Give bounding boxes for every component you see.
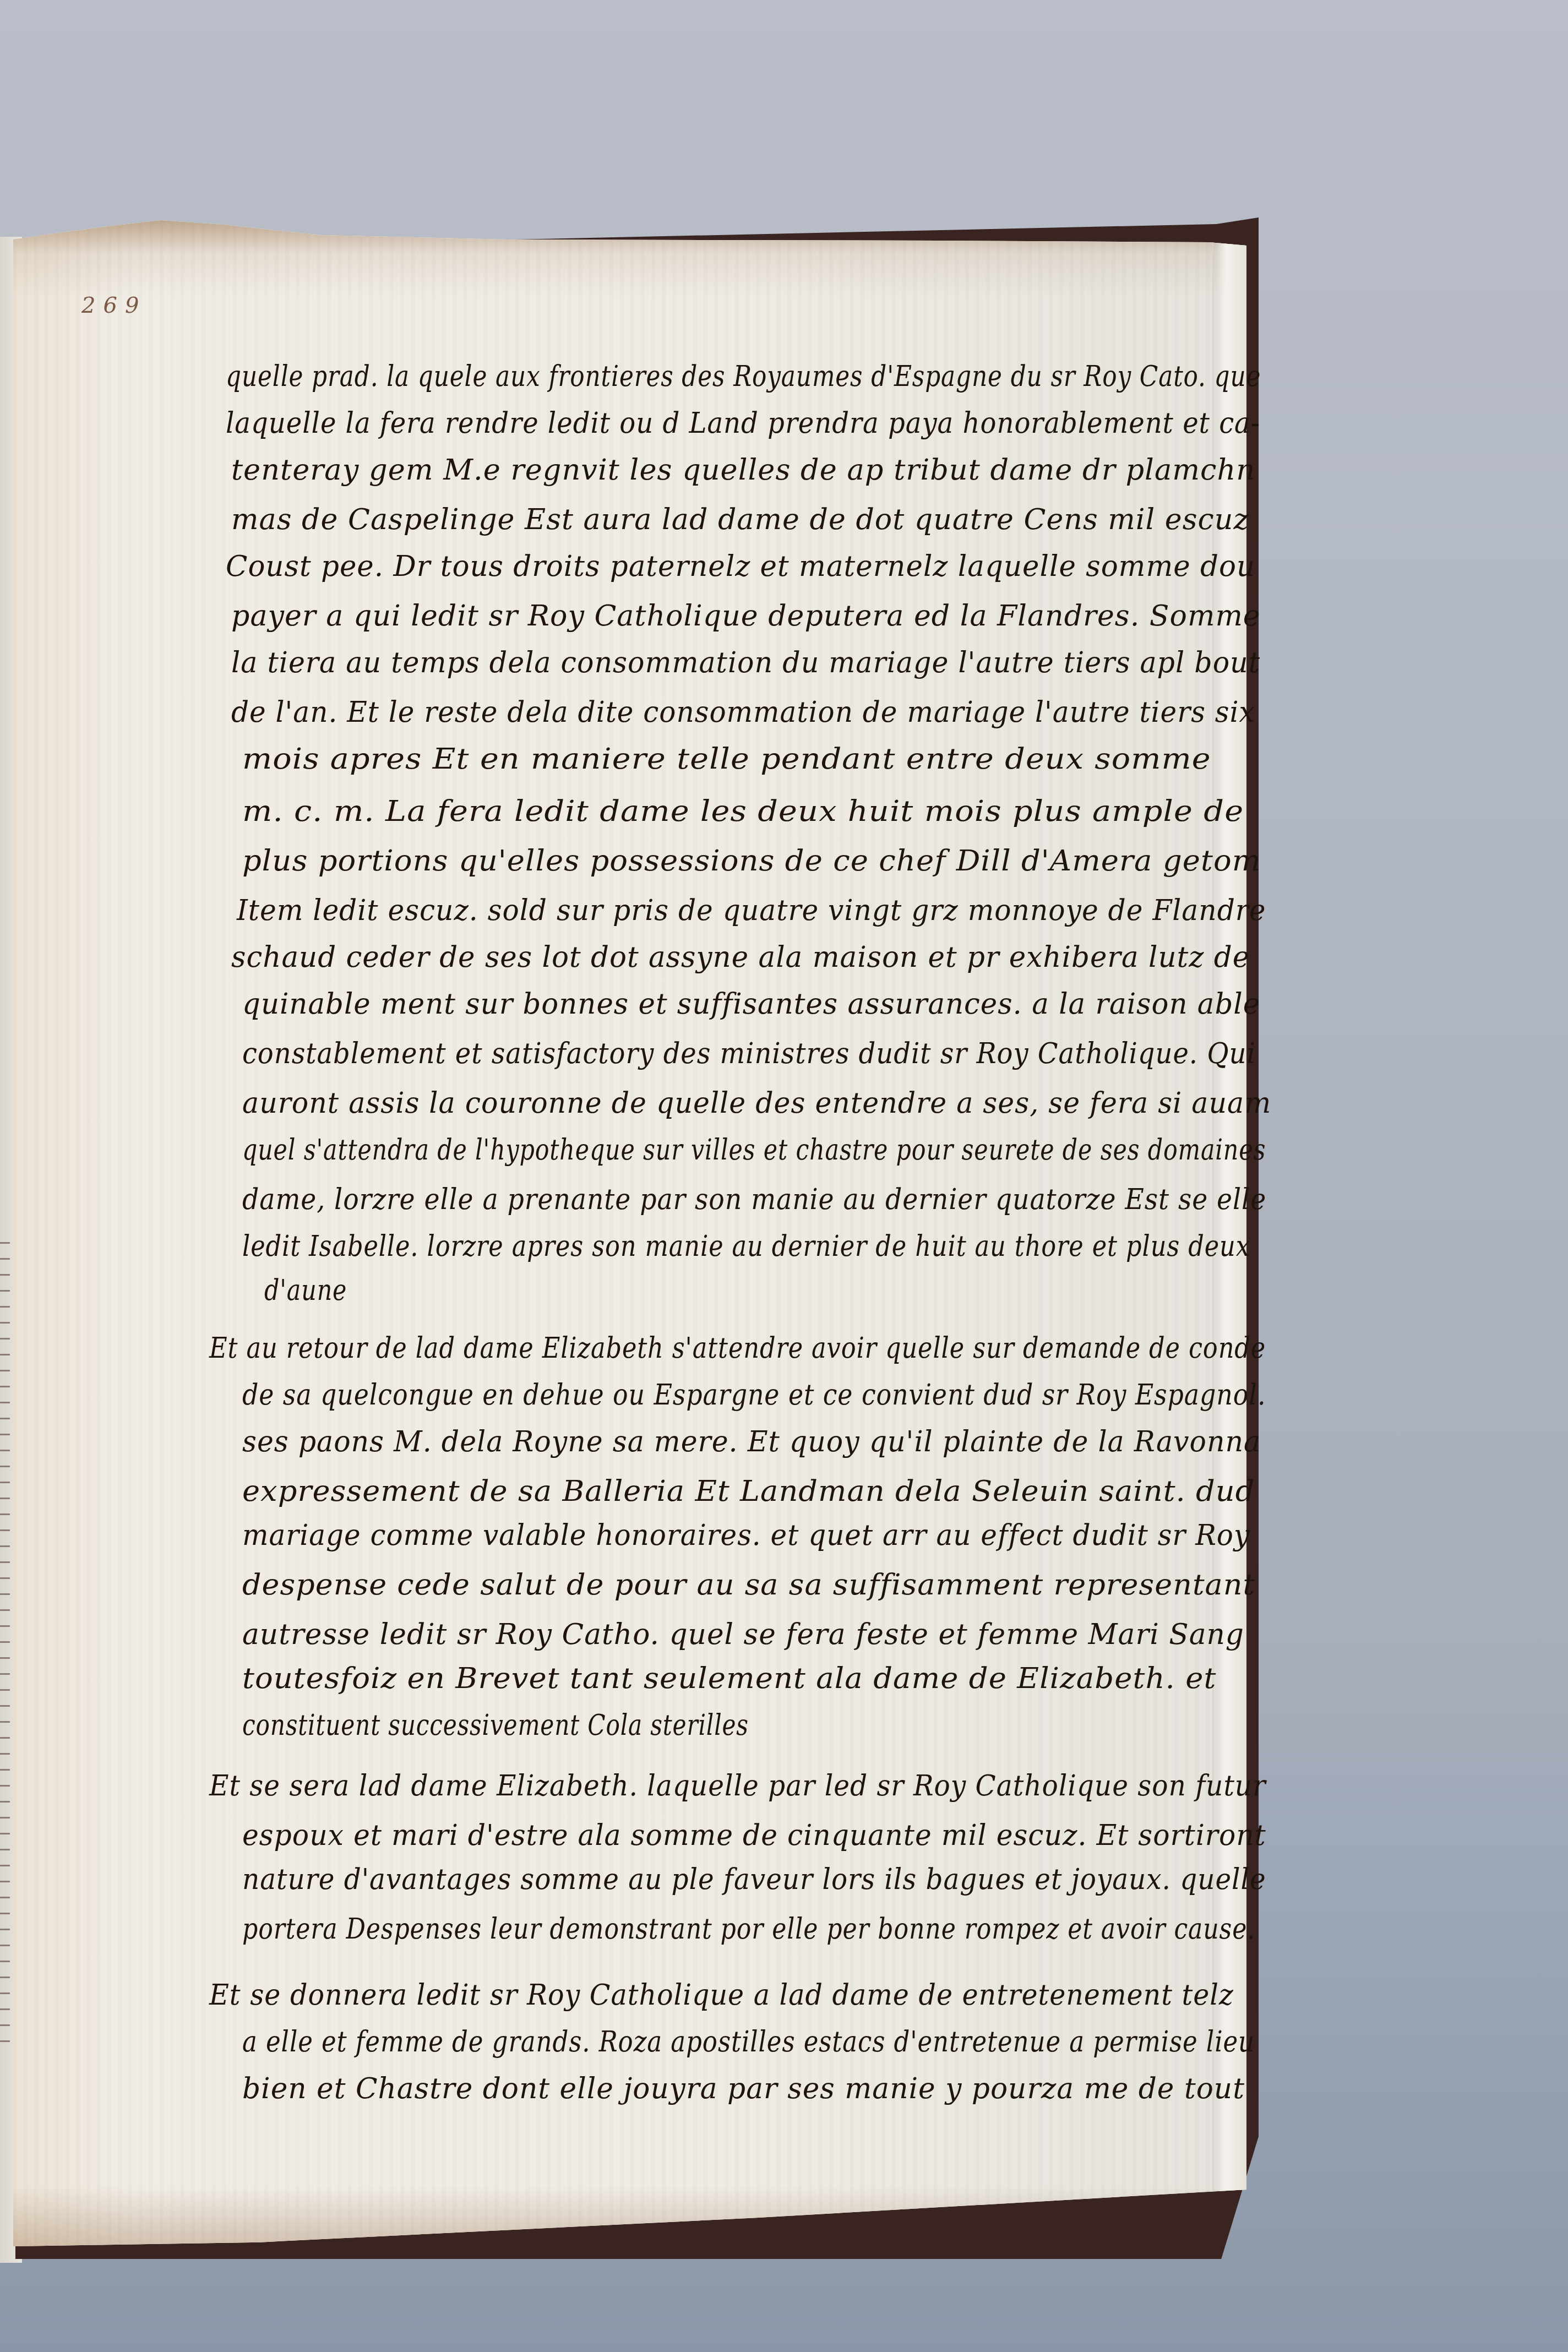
manuscript-line: toutesfoiz en Brevet tant seulement ala …	[242, 1662, 1216, 1695]
manuscript-line: despense cede salut de pour au sa sa suf…	[242, 1569, 1255, 1602]
manuscript-line: Coust pee. Dr tous droits paternelz et m…	[226, 550, 1255, 583]
manuscript-line: schaud ceder de ses lot dot assyne ala m…	[231, 941, 1250, 974]
manuscript-line: constituent successivement Cola sterille…	[242, 1709, 749, 1742]
manuscript-line: quelle prad. la quele aux frontieres des…	[226, 360, 1261, 393]
manuscript-line: quinable ment sur bonnes et suffisantes …	[242, 988, 1260, 1021]
manuscript-line: de sa quelcongue en dehue ou Espargne et…	[242, 1379, 1266, 1412]
manuscript-line: espoux et mari d'estre ala somme de cinq…	[242, 1819, 1266, 1852]
manuscript-line: autresse ledit sr Roy Catho. quel se fer…	[242, 1618, 1244, 1651]
manuscript-line: nature d'avantages somme au ple faveur l…	[242, 1863, 1266, 1896]
manuscript-line: Et se sera lad dame Elizabeth. laquelle …	[209, 1770, 1266, 1803]
manuscript-line: quel s'attendra de l'hypotheque sur vill…	[242, 1134, 1266, 1167]
manuscript-line: dame, lorzre elle a prenante par son man…	[242, 1183, 1266, 1216]
manuscript-line: portera Despenses leur demonstrant por e…	[242, 1913, 1255, 1946]
manuscript-line: laquelle la fera rendre ledit ou d Land …	[226, 407, 1260, 440]
manuscript-line: de l'an. Et le reste dela dite consommat…	[231, 696, 1255, 729]
manuscript-line: mas de Caspelinge Est aura lad dame de d…	[231, 503, 1249, 536]
manuscript-line: Et se donnera ledit sr Roy Catholique a …	[209, 1979, 1234, 2012]
manuscript-text: quelle prad. la quele aux frontieres des…	[0, 0, 1568, 2352]
manuscript-line: ledit Isabelle. lorzre apres son manie a…	[242, 1230, 1250, 1263]
manuscript-line: m. c. m. La fera ledit dame les deux hui…	[242, 795, 1244, 828]
manuscript-line: expressement de sa Balleria Et Landman d…	[242, 1475, 1255, 1508]
manuscript-line: Et au retour de lad dame Elizabeth s'att…	[209, 1332, 1266, 1365]
manuscript-line: bien et Chastre dont elle jouyra par ses…	[242, 2072, 1245, 2105]
manuscript-line: tenteray gem M.e regnvit les quelles de …	[231, 454, 1255, 487]
manuscript-line: mariage comme valable honoraires. et que…	[242, 1519, 1250, 1552]
manuscript-line: a elle et femme de grands. Roza apostill…	[242, 2026, 1255, 2059]
manuscript-line: ses paons M. dela Royne sa mere. Et quoy…	[242, 1425, 1261, 1458]
manuscript-line: d'aune	[264, 1274, 347, 1307]
manuscript-line: Item ledit escuz. sold sur pris de quatr…	[237, 894, 1266, 927]
manuscript-line: constablement et satisfactory des minist…	[242, 1037, 1256, 1070]
manuscript-line: plus portions qu'elles possessions de ce…	[242, 845, 1261, 878]
manuscript-line: payer a qui ledit sr Roy Catholique depu…	[231, 600, 1261, 633]
manuscript-line: mois apres Et en maniere telle pendant e…	[242, 743, 1211, 776]
manuscript-line: auront assis la couronne de quelle des e…	[242, 1087, 1271, 1120]
manuscript-line: la tiera au temps dela consommation du m…	[231, 646, 1260, 679]
